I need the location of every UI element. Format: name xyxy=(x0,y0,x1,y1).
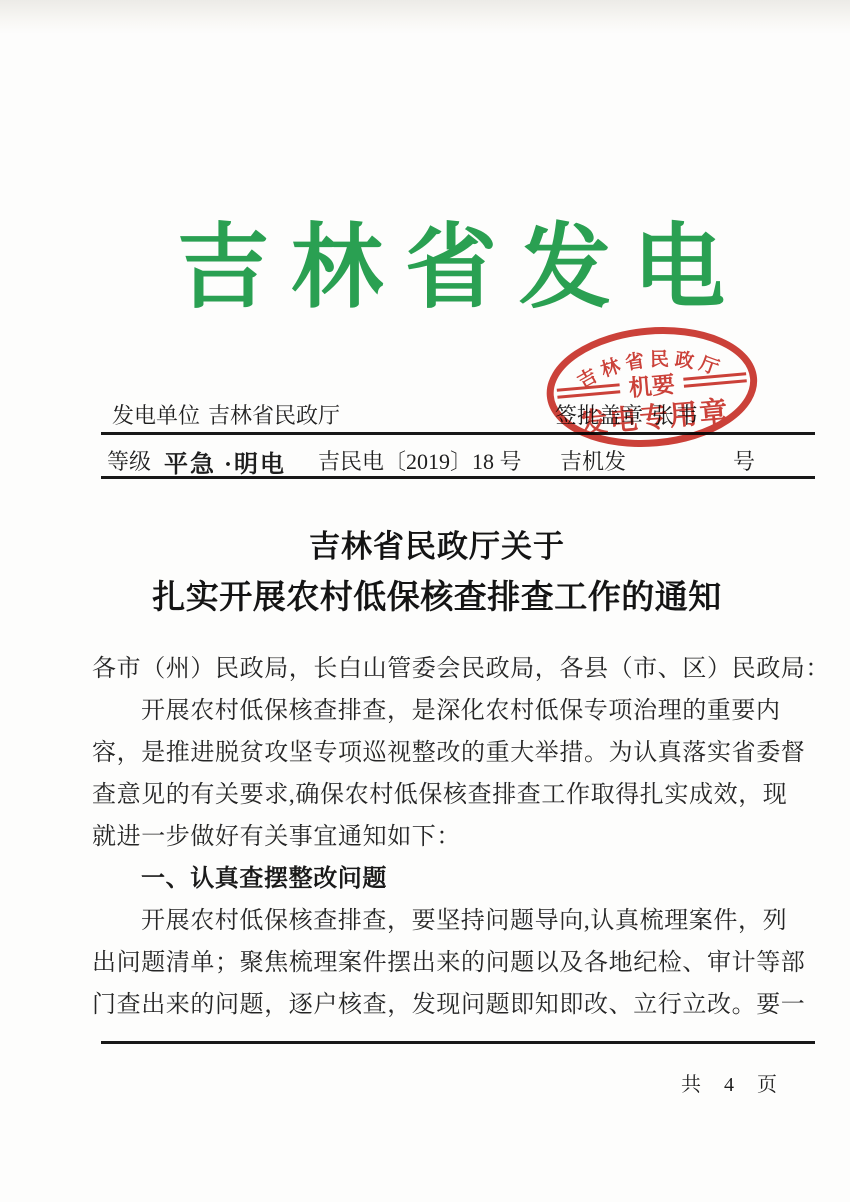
body-line: 就进一步做好有关事宜通知如下： xyxy=(92,816,814,858)
grade-value: 平急 ·明电 xyxy=(164,444,286,479)
footer-rule xyxy=(101,1041,815,1044)
unit-value: 吉林省民政厅 xyxy=(208,399,340,430)
stamp-divider-lines xyxy=(557,374,747,398)
serial-prefix: 吉机发 xyxy=(560,445,626,476)
body-line: 门查出来的问题，逐户核查，发现问题即知即改、立行立改。要一 xyxy=(92,984,814,1026)
signature-label: 签批盖章 xyxy=(555,399,643,430)
body-line: 容，是推进脱贫攻坚专项巡视整改的重大举措。为认真落实省委督 xyxy=(92,732,814,774)
signature-value: 张韦 xyxy=(652,399,700,430)
document-title: 吉林省民政厅关于 扎实开展农村低保核查排查工作的通知 xyxy=(92,530,782,616)
stamp-middle-text: 机要 xyxy=(628,372,676,401)
body-section-heading: 一、认真查摆整改问题 xyxy=(92,858,814,900)
telegram-document-page: 吉林省发电 发电单位 吉林省民政厅 签批盖章 张韦 等级 平急 ·明电 吉民电〔… xyxy=(0,0,850,1202)
horizontal-rule-2 xyxy=(101,476,815,479)
serial-suffix: 号 xyxy=(733,445,755,476)
body-line: 查意见的有关要求,确保农村低保核查排查工作取得扎实成效，现 xyxy=(92,774,814,816)
document-title-line2: 扎实开展农村低保核查排查工作的通知 xyxy=(92,580,782,616)
document-number: 吉民电〔2019〕18 号 xyxy=(318,445,522,476)
horizontal-rule-1 xyxy=(101,432,815,435)
body-line: 出问题清单；聚焦梳理案件摆出来的问题以及各地纪检、审计等部 xyxy=(92,942,814,984)
scan-artifact-band xyxy=(0,0,850,34)
page-count: 共 4 页 xyxy=(681,1068,782,1097)
document-title-line1: 吉林省民政厅关于 xyxy=(92,530,782,564)
body-line: 开展农村低保核查排查，是深化农村低保专项治理的重要内 xyxy=(92,690,814,732)
official-stamp: 吉林省民政厅 机要 发电专用章 xyxy=(539,317,765,459)
document-body: 各市（州）民政局，长白山管委会民政局，各县（市、区）民政局： 开展农村低保核查排… xyxy=(92,648,814,1026)
stamp-graphic: 吉林省民政厅 机要 发电专用章 xyxy=(539,317,765,459)
grade-label: 等级 xyxy=(107,445,151,476)
body-line: 开展农村低保核查排查，要坚持问题导向,认真梳理案件，列 xyxy=(92,900,814,942)
masthead-title: 吉林省发电 xyxy=(177,222,747,314)
stamp-org-arc-text: 吉林省民政厅 xyxy=(572,341,728,394)
body-line: 各市（州）民政局，长白山管委会民政局，各县（市、区）民政局： xyxy=(92,648,814,690)
unit-label: 发电单位 xyxy=(112,399,200,430)
